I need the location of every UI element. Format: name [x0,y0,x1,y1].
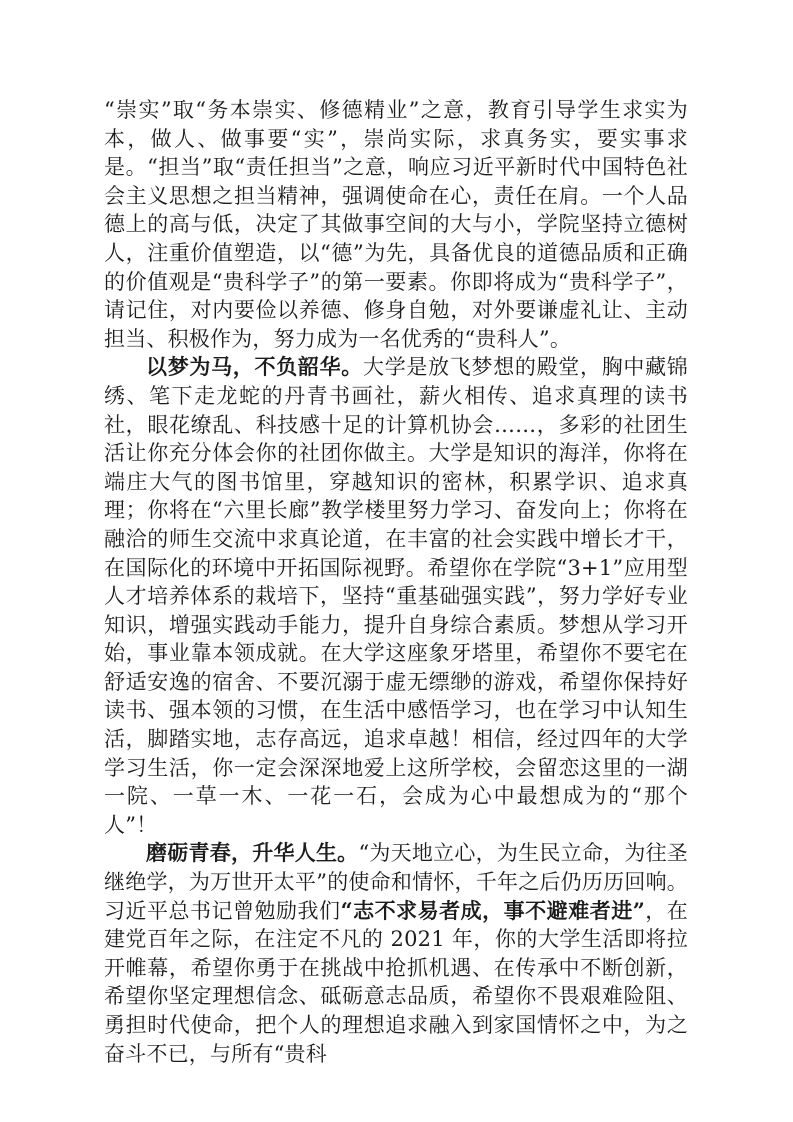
paragraph-3-lead-bold: 磨砺青春，升华人生。 [146,840,358,865]
paragraph-yimengweima: 以梦为马，不负韶华。大学是放飞梦想的殿堂，胸中藏锦绣、笔下走龙蛇的丹青书画社，薪… [104,353,688,839]
paragraph-3-quote-bold: “志不求易者成，事不避难者进” [341,898,645,923]
paragraph-chongshi-dandang: “崇实”取“务本崇实、修德精业”之意，教育引导学生求实为本，做人、做事要“实”，… [104,96,688,353]
paragraph-2-lead-bold: 以梦为马，不负韶华。 [146,354,363,379]
paragraph-3-text-b: ，在建党百年之际，在注定不凡的 2021 年，你的大学生活即将拉开帷幕，希望你勇… [104,899,688,1066]
paragraph-2-text: 大学是放飞梦想的殿堂，胸中藏锦绣、笔下走龙蛇的丹青书画社，薪火相传、追求真理的读… [104,355,688,837]
paragraph-1-text: “崇实”取“务本崇实、修德精业”之意，教育引导学生求实为本，做人、做事要“实”，… [104,98,688,351]
document-body: “崇实”取“务本崇实、修德精业”之意，教育引导学生求实为本，做人、做事要“实”，… [104,96,688,1068]
document-page: “崇实”取“务本崇实、修德精业”之意，教育引导学生求实为本，做人、做事要“实”，… [0,0,793,1122]
paragraph-moliqingchun: 磨砺青春，升华人生。“为天地立心，为生民立命，为往圣继绝学，为万世开太平”的使命… [104,839,688,1068]
